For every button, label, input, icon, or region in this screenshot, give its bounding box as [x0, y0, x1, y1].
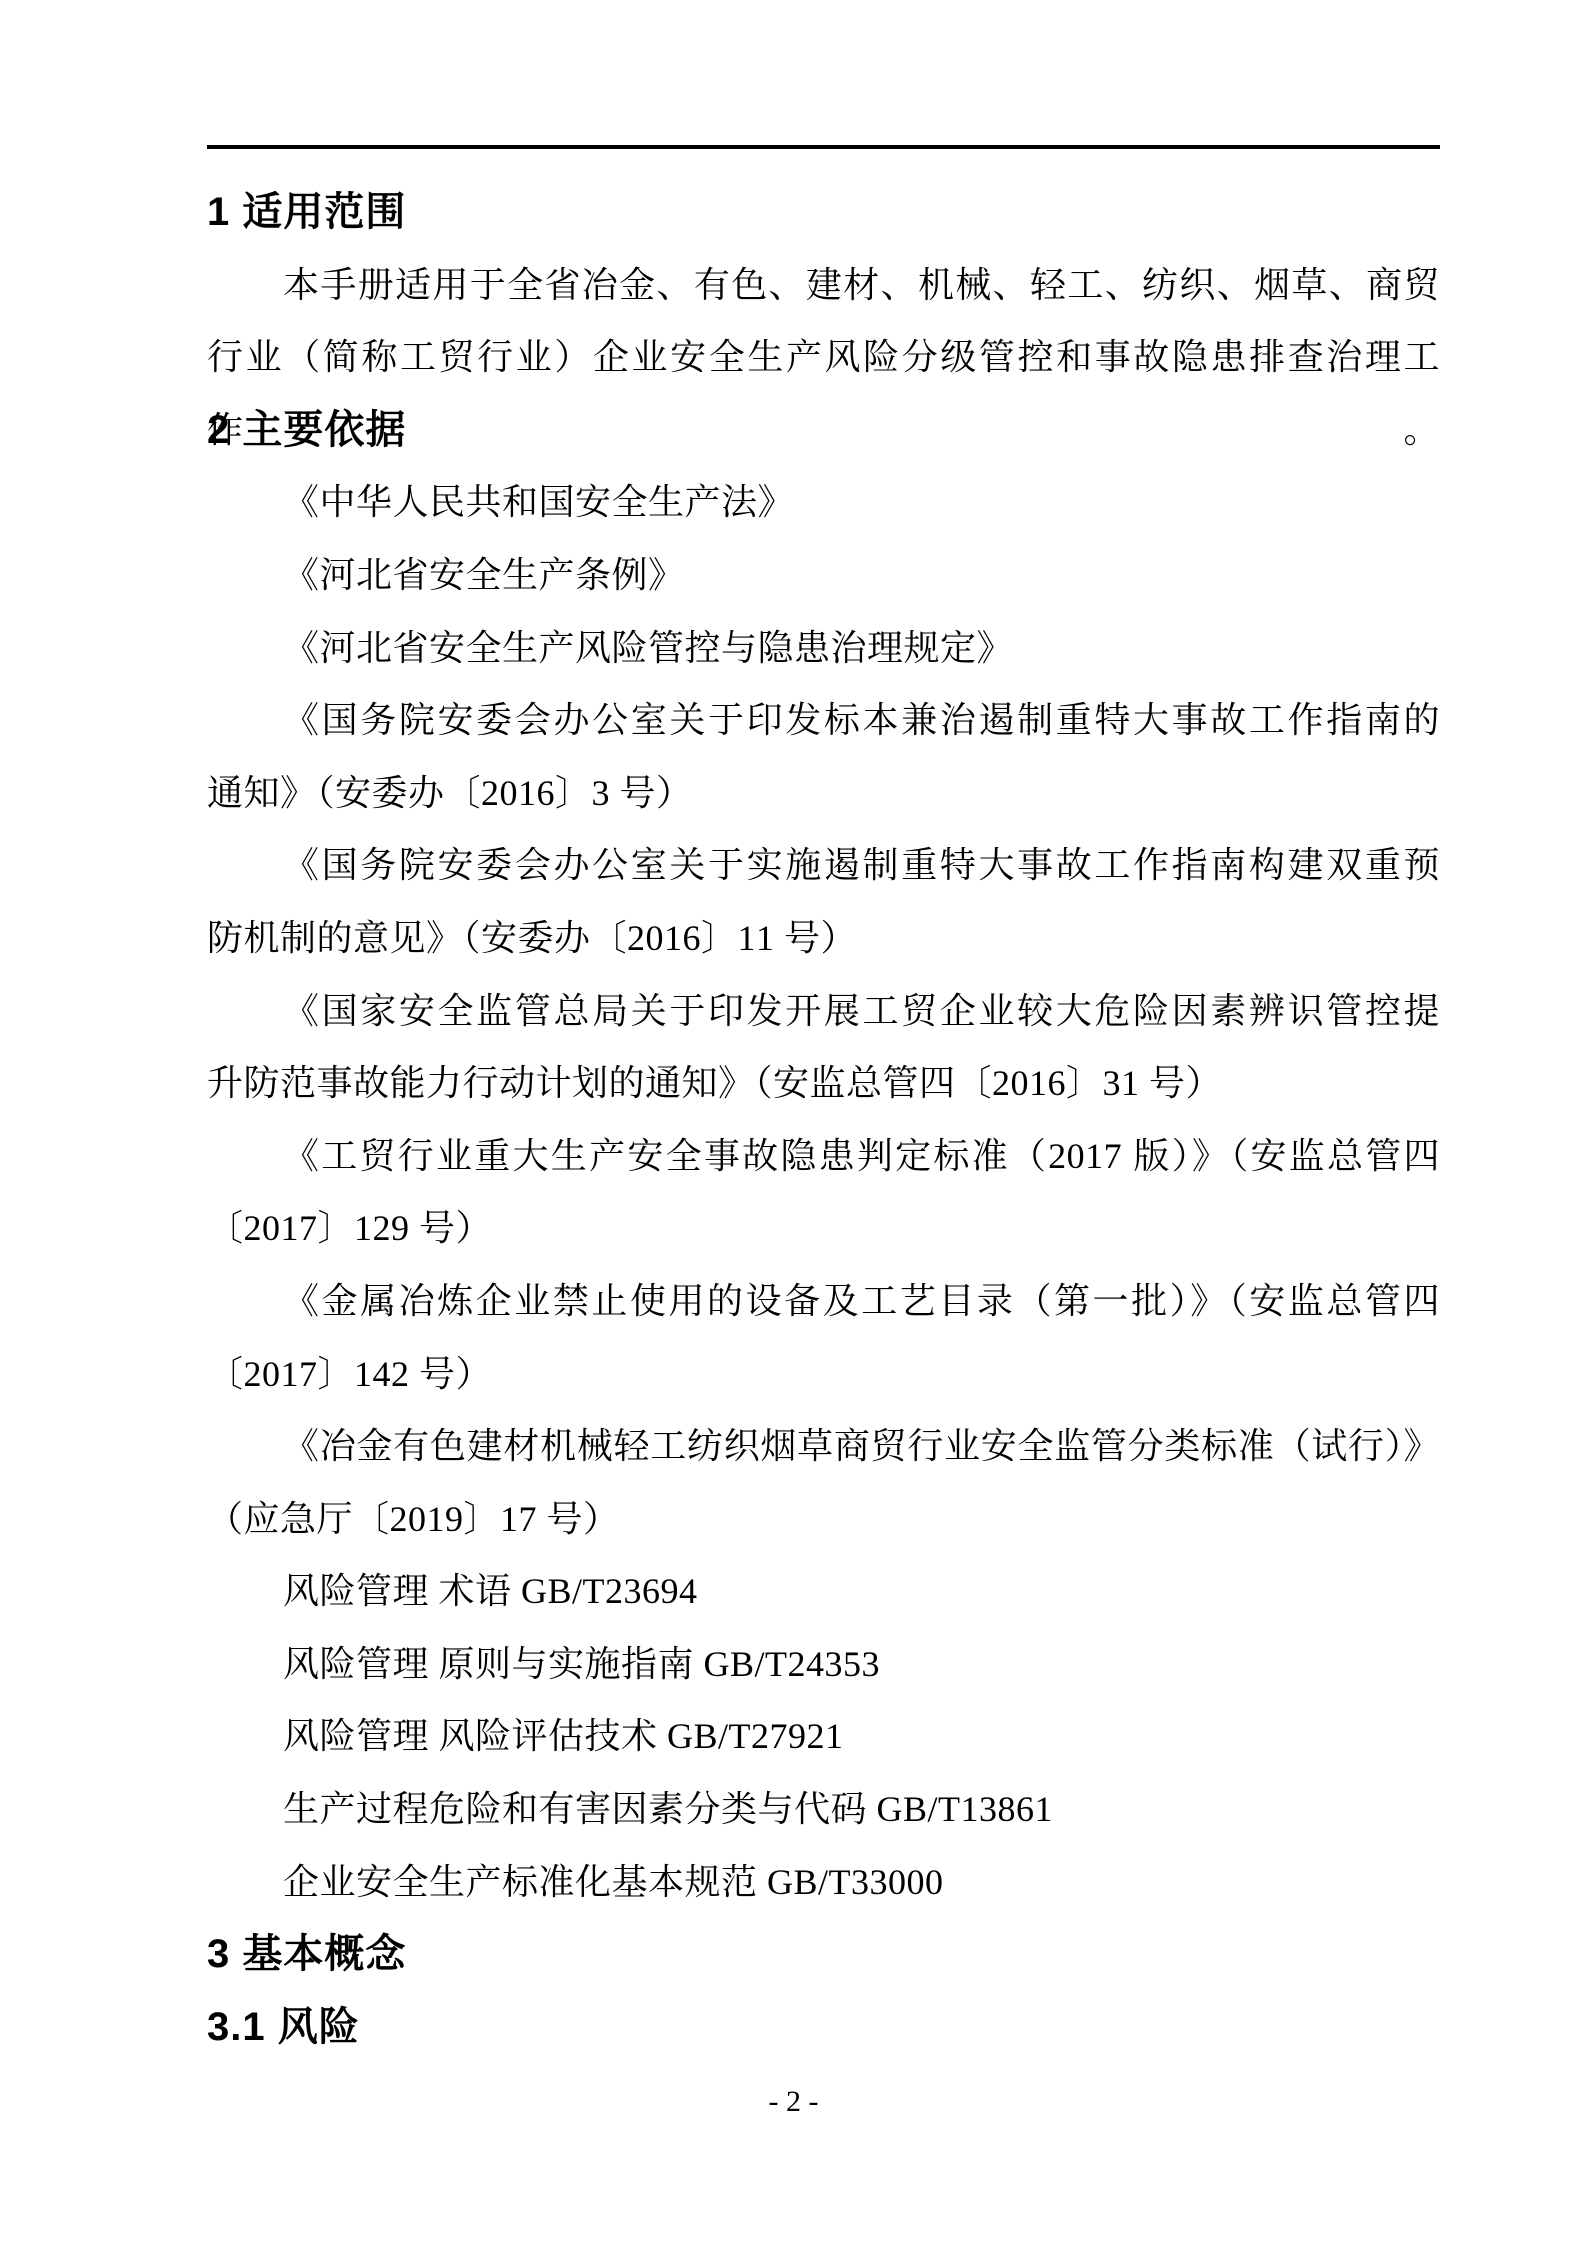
page-number: - 2 - [0, 2082, 1587, 2122]
heading-line: 1 适用范围 [207, 176, 1440, 249]
body-line: 《冶金有色建材机械轻工纺织烟草商贸行业安全监管分类标准（试行）》 [207, 1410, 1440, 1483]
body-line: 风险管理 术语 GB/T23694 [207, 1555, 1440, 1628]
body-line: 《河北省安全生产风险管控与隐患治理规定》 [207, 612, 1440, 685]
body-line: 企业安全生产标准化基本规范 GB/T33000 [207, 1846, 1440, 1919]
body-line: 风险管理 原则与实施指南 GB/T24353 [207, 1628, 1440, 1701]
body-line: 《国务院安委会办公室关于实施遏制重特大事故工作指南构建双重预 [207, 829, 1440, 902]
body-line: 生产过程危险和有害因素分类与代码 GB/T13861 [207, 1773, 1440, 1846]
body-line: 〔2017〕129 号） [207, 1192, 1440, 1265]
body-line: 防机制的意见》（安委办〔2016〕11 号） [207, 902, 1440, 975]
body-line: 《工贸行业重大生产安全事故隐患判定标准（2017 版）》（安监总管四 [207, 1120, 1440, 1193]
document-page: 1 适用范围本手册适用于全省冶金、有色、建材、机械、轻工、纺织、烟草、商贸行业（… [0, 0, 1587, 2245]
body-line: 本手册适用于全省冶金、有色、建材、机械、轻工、纺织、烟草、商贸 [207, 249, 1440, 322]
heading-line: 3.1 风险 [207, 1991, 1440, 2064]
header-rule [207, 145, 1440, 149]
body-line: （应急厅〔2019〕17 号） [207, 1483, 1440, 1556]
body-line: 《中华人民共和国安全生产法》 [207, 466, 1440, 539]
body-line: 升防范事故能力行动计划的通知》（安监总管四〔2016〕31 号） [207, 1047, 1440, 1120]
document-content: 1 适用范围本手册适用于全省冶金、有色、建材、机械、轻工、纺织、烟草、商贸行业（… [207, 176, 1440, 2063]
body-line: 《国家安全监管总局关于印发开展工贸企业较大危险因素辨识管控提 [207, 975, 1440, 1048]
body-line: 《河北省安全生产条例》 [207, 539, 1440, 612]
body-line: 通知》（安委办〔2016〕3 号） [207, 757, 1440, 830]
heading-line: 3 基本概念 [207, 1918, 1440, 1991]
body-line: 风险管理 风险评估技术 GB/T27921 [207, 1700, 1440, 1773]
body-line: 行业（简称工贸行业）企业安全生产风险分级管控和事故隐患排查治理工作。 [207, 321, 1440, 394]
body-line: 《金属冶炼企业禁止使用的设备及工艺目录（第一批）》（安监总管四 [207, 1265, 1440, 1338]
body-line: 〔2017〕142 号） [207, 1338, 1440, 1411]
body-line: 《国务院安委会办公室关于印发标本兼治遏制重特大事故工作指南的 [207, 684, 1440, 757]
